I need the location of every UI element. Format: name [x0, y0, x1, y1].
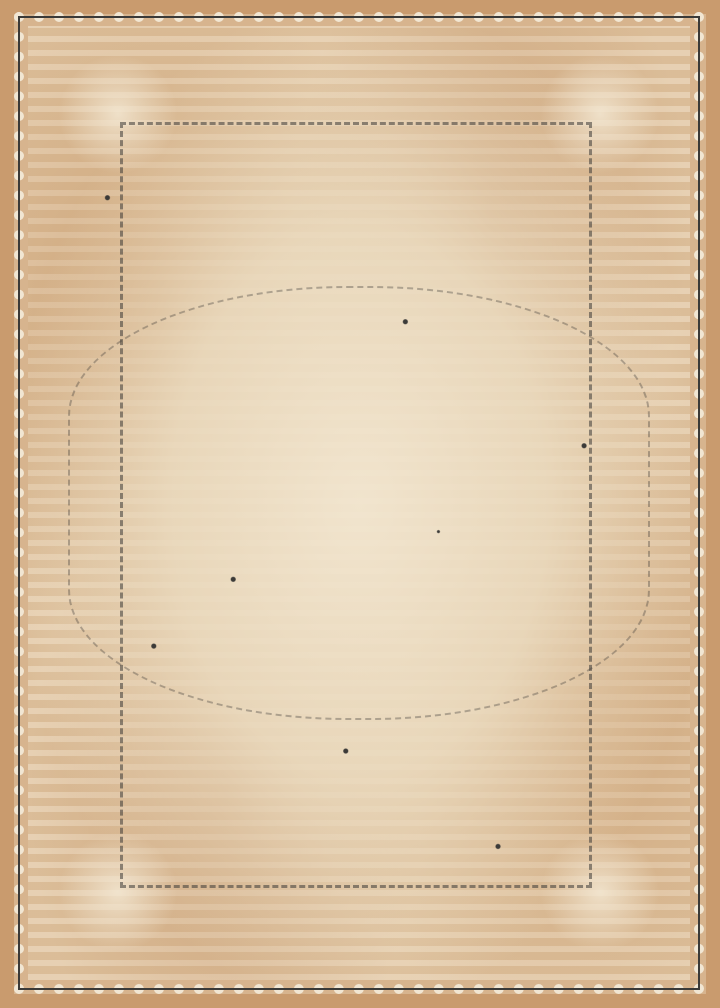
rug-guard-border: [14, 12, 704, 994]
area-rug: [0, 0, 720, 1008]
